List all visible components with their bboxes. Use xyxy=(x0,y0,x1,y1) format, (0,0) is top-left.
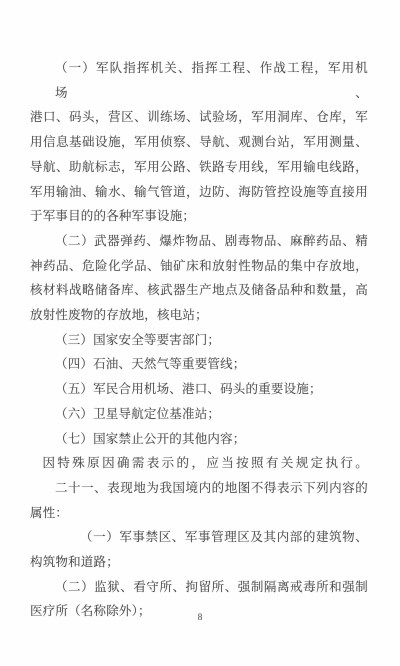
document-page: （一）军队指挥机关、指挥工程、作战工程，军用机场、港口、码头，营区、训练场、试验… xyxy=(0,0,400,666)
text-line: （三）国家安全等要害部门； xyxy=(30,328,368,353)
text-line: 用信息基础设施，军用侦察、导航、观测台站，军用测量、 xyxy=(30,130,368,155)
text-line: 构筑物和道路； xyxy=(30,550,368,575)
text-line: （四）石油、天然气等重要管线； xyxy=(30,352,368,377)
text-line: 放射性废物的存放地，核电站； xyxy=(30,303,368,328)
text-line: 军用输油、输水、输气管道，边防、海防管控设施等直接用 xyxy=(30,180,368,205)
text-line: （六）卫星导航定位基准站； xyxy=(30,402,368,427)
text-line: 港口、码头，营区、训练场、试验场，军用洞库、仓库，军 xyxy=(30,105,368,130)
text-line: 属性： xyxy=(30,501,368,526)
text-line: （一）军队指挥机关、指挥工程、作战工程，军用机场、 xyxy=(30,56,368,105)
text-line: （七）国家禁止公开的其他内容； xyxy=(30,427,368,452)
text-line: （一）军事禁区、军事管理区及其内部的建筑物、 xyxy=(30,525,368,550)
text-line: 二十一、表现地为我国境内的地图不得表示下列内容的 xyxy=(30,476,368,501)
document-text-block: （一）军队指挥机关、指挥工程、作战工程，军用机场、港口、码头，营区、训练场、试验… xyxy=(30,56,368,624)
text-line: （二）监狱、看守所、拘留所、强制隔离戒毒所和强制 xyxy=(30,575,368,600)
text-line: 神药品、危险化学品、铀矿床和放射性物品的集中存放地， xyxy=(30,254,368,279)
text-line: 因特殊原因确需表示的，应当按照有关规定执行。 xyxy=(30,451,368,476)
text-line: 导航、助航标志，军用公路、铁路专用线，军用输电线路， xyxy=(30,155,368,180)
text-line: （五）军民合用机场、港口、码头的重要设施； xyxy=(30,377,368,402)
text-line: 核材料战略储备库、核武器生产地点及储备品种和数量，高 xyxy=(30,278,368,303)
page-number: 8 xyxy=(0,613,400,623)
text-line: （二）武器弹药、爆炸物品、剧毒物品、麻醉药品、精 xyxy=(30,229,368,254)
text-line: 于军事目的的各种军事设施； xyxy=(30,204,368,229)
